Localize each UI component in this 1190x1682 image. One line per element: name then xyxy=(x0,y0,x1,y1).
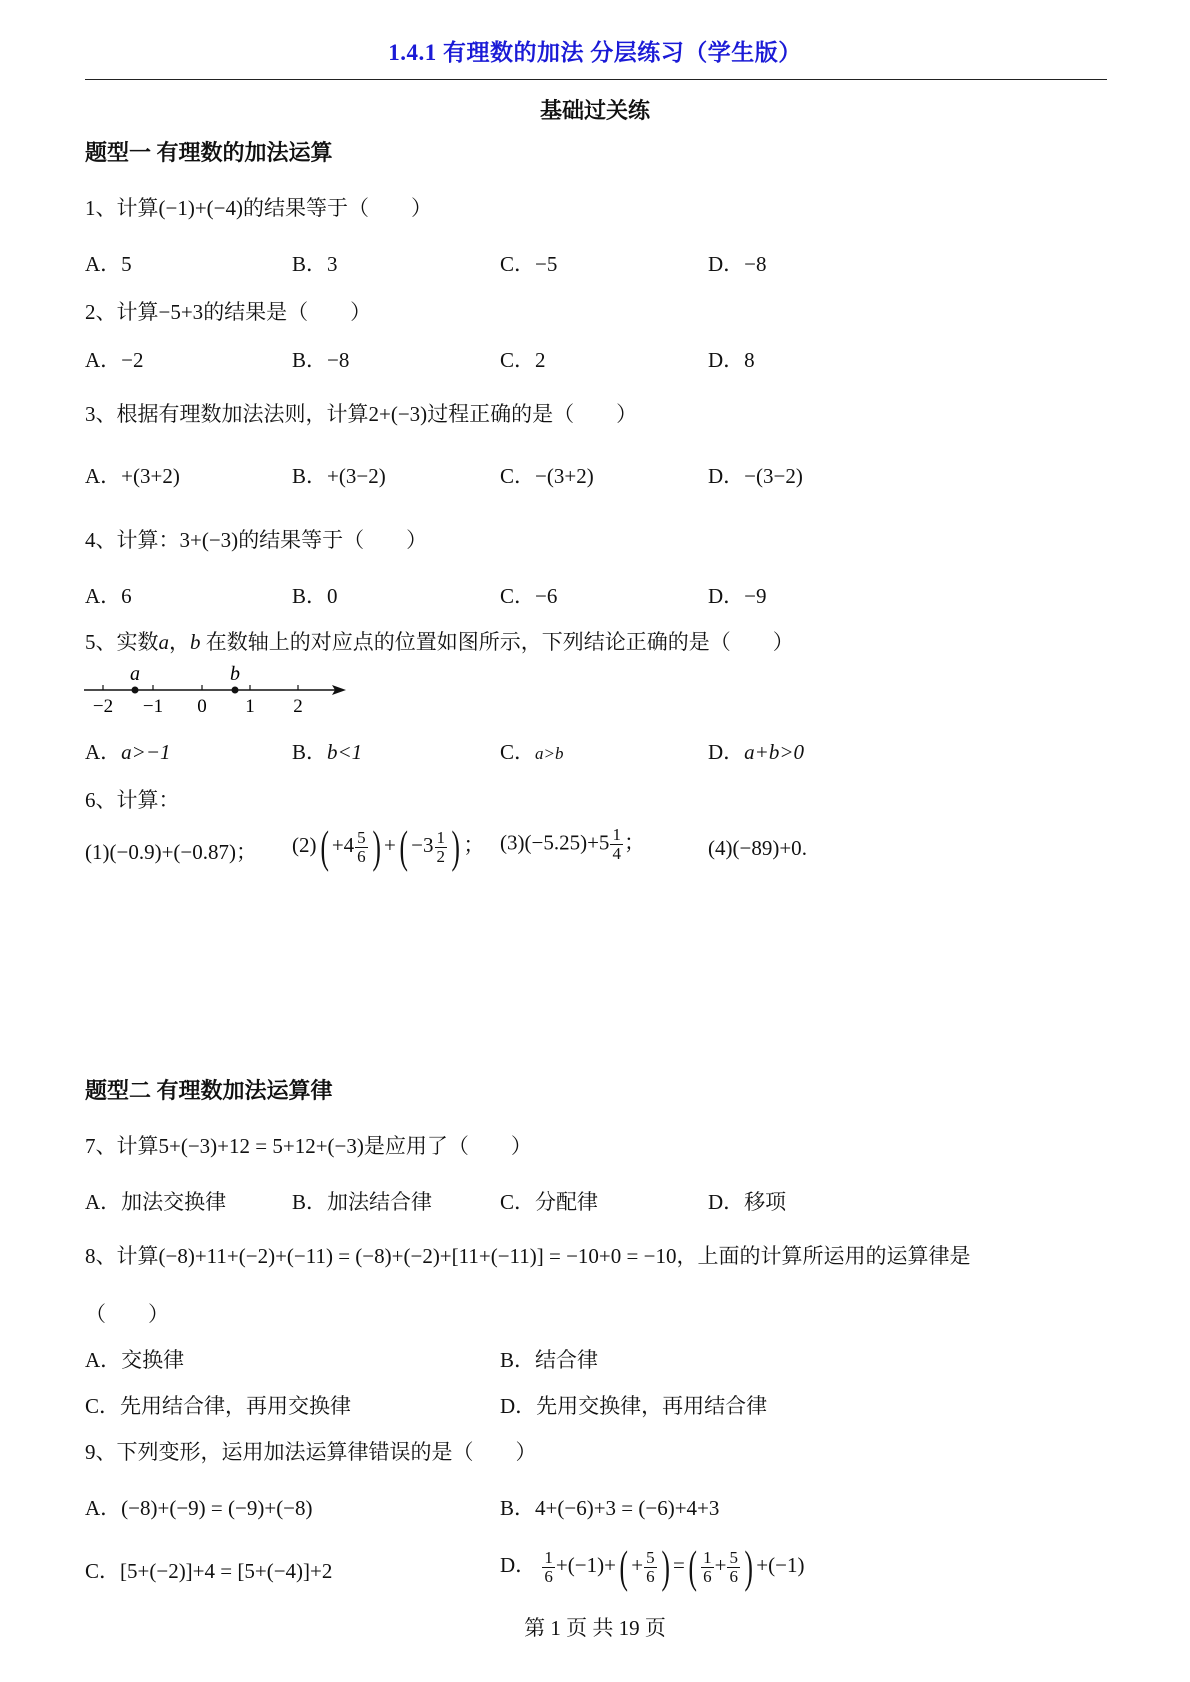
question-stem: 计算 xyxy=(117,300,159,324)
question-number: 3、 xyxy=(85,402,117,426)
question-number: 5、 xyxy=(85,630,117,654)
question-number: 7、 xyxy=(85,1134,117,1158)
option-label: C． xyxy=(500,1190,535,1214)
question-number: 9、 xyxy=(85,1440,117,1464)
option-a[interactable]: A．交换律 xyxy=(85,1344,184,1374)
part-label: (4) xyxy=(708,836,733,860)
tick-label: 0 xyxy=(197,696,207,717)
punct: ； xyxy=(624,830,645,854)
option-label: C． xyxy=(500,584,535,608)
comma: ， xyxy=(169,630,190,654)
denominator: 4 xyxy=(610,845,623,863)
numerator: 1 xyxy=(610,826,623,845)
option-text: −8 xyxy=(327,348,349,372)
question-5: 5、实数a，b 在数轴上的对应点的位置如图所示，下列结论正确的是（ ） xyxy=(85,626,794,656)
option-label: A． xyxy=(85,584,121,608)
option-label: D． xyxy=(708,252,744,276)
option-text: −(3−2) xyxy=(744,464,803,488)
math-expression: (−5.25)+5 xyxy=(525,830,610,854)
part-label: (3) xyxy=(500,830,525,854)
numerator: 5 xyxy=(727,1549,740,1568)
point-b-label: b xyxy=(230,663,240,685)
option-d[interactable]: D．a+b>0 xyxy=(708,736,804,766)
question-4: 4、计算：3+(−3)的结果等于（ ） xyxy=(85,524,427,554)
part-label: (1) xyxy=(85,840,110,864)
question-7: 7、计算5+(−3)+12 = 5+12+(−3)是应用了（ ） xyxy=(85,1130,532,1160)
fraction: 16 xyxy=(542,1549,555,1586)
option-c[interactable]: C．−(3+2) xyxy=(500,460,594,490)
option-a[interactable]: A．5 xyxy=(85,248,132,278)
option-label: B． xyxy=(500,1348,535,1372)
option-text: 2 xyxy=(535,348,546,372)
question-number: 4、 xyxy=(85,528,117,552)
option-label: A． xyxy=(85,252,121,276)
question-number: 2、 xyxy=(85,300,117,324)
fraction: 56 xyxy=(355,829,368,866)
document-title: 1.4.1 有理数的加法 分层练习（学生版） xyxy=(0,34,1190,67)
option-label: C． xyxy=(500,252,535,276)
denominator: 2 xyxy=(435,848,448,866)
option-label: A． xyxy=(85,740,121,764)
question-1: 1、计算(−1)+(−4)的结果等于（ ） xyxy=(85,192,432,222)
q6-part-1: (1)(−0.9)+(−0.87)； xyxy=(85,836,257,866)
option-a[interactable]: A．加法交换律 xyxy=(85,1186,226,1216)
denominator: 6 xyxy=(701,1568,714,1586)
option-text: 5 xyxy=(121,252,132,276)
option-text: 先用结合律，再用交换律 xyxy=(120,1394,351,1418)
math-expression: (−8)+11+(−2)+(−11) = (−8)+(−2)+[11+(−11)… xyxy=(159,1244,677,1268)
option-text: 加法结合律 xyxy=(327,1190,432,1214)
option-label: D． xyxy=(708,1190,744,1214)
question-stem-suffix: 是应用了（ ） xyxy=(364,1134,532,1158)
operator: = xyxy=(673,1553,685,1577)
numerator: 1 xyxy=(542,1549,555,1568)
option-label: A． xyxy=(85,1496,121,1520)
paren: ( xyxy=(399,820,407,873)
point-b-dot xyxy=(232,687,239,694)
point-a-dot xyxy=(132,687,139,694)
option-b[interactable]: B．结合律 xyxy=(500,1344,598,1374)
q6-part-3: (3)(−5.25)+514； xyxy=(500,826,645,863)
paren: ( xyxy=(688,1540,696,1593)
option-label: C． xyxy=(85,1559,120,1583)
denominator: 6 xyxy=(727,1568,740,1586)
option-d[interactable]: D．−9 xyxy=(708,580,767,610)
option-label: A． xyxy=(85,464,121,488)
option-text: 4+(−6)+3 = (−6)+4+3 xyxy=(535,1496,719,1520)
option-text: a+b>0 xyxy=(744,740,804,764)
punct: ； xyxy=(236,840,257,864)
point-a-label: a xyxy=(130,663,140,685)
question-stem: 实数 xyxy=(117,630,159,654)
fraction: 56 xyxy=(644,1549,657,1586)
option-text: 6 xyxy=(121,584,132,608)
question-stem-suffix: 的结果等于（ ） xyxy=(238,528,427,552)
paren: ( xyxy=(320,820,328,873)
operator: + xyxy=(384,833,396,857)
option-text: −(3+2) xyxy=(535,464,594,488)
variable-b: b xyxy=(190,630,201,654)
option-b[interactable]: B．0 xyxy=(292,580,338,610)
option-label: A． xyxy=(85,1190,121,1214)
option-b[interactable]: B．b<1 xyxy=(292,736,362,766)
option-d[interactable]: D． 16+(−1)+(+56)=(16+56)+(−1) xyxy=(500,1540,804,1593)
math-expression: −5+3 xyxy=(159,300,204,324)
math-expression: (−0.9)+(−0.87) xyxy=(110,840,237,864)
option-c[interactable]: C．[5+(−2)]+4 = [5+(−4)]+2 xyxy=(85,1555,332,1585)
tick-label: 1 xyxy=(245,696,255,717)
option-c[interactable]: C．−6 xyxy=(500,580,557,610)
option-label: D． xyxy=(708,740,744,764)
option-text: +(3−2) xyxy=(327,464,386,488)
option-a[interactable]: A．6 xyxy=(85,580,132,610)
fraction: 56 xyxy=(727,1549,740,1586)
option-d[interactable]: D．−(3−2) xyxy=(708,460,803,490)
option-b[interactable]: B．4+(−6)+3 = (−6)+4+3 xyxy=(500,1492,719,1522)
question-stem: 计算 xyxy=(117,1134,159,1158)
question-8: 8、计算(−8)+11+(−2)+(−11) = (−8)+(−2)+[11+(… xyxy=(85,1240,970,1270)
option-text: −9 xyxy=(744,584,766,608)
option-c[interactable]: C．a>b xyxy=(500,736,564,766)
option-text: 3 xyxy=(327,252,338,276)
option-label: D． xyxy=(708,464,744,488)
section-group-title: 基础过关练 xyxy=(0,94,1190,125)
option-b[interactable]: B．+(3−2) xyxy=(292,460,386,490)
option-text: +(3+2) xyxy=(121,464,180,488)
question-stem: 计算 xyxy=(117,196,159,220)
fraction: 16 xyxy=(701,1549,714,1586)
option-text: −2 xyxy=(121,348,143,372)
denominator: 6 xyxy=(644,1568,657,1586)
option-label: B． xyxy=(292,1190,327,1214)
question-2: 2、计算−5+3的结果是（ ） xyxy=(85,296,371,326)
option-label: C． xyxy=(500,348,535,372)
math-expression: −3 xyxy=(411,833,433,857)
option-a[interactable]: A．a>−1 xyxy=(85,736,171,766)
question-9: 9、下列变形，运用加法运算律错误的是（ ） xyxy=(85,1436,537,1466)
math-expression: 3+(−3) xyxy=(180,528,239,552)
question-6: 6、计算： xyxy=(85,784,180,814)
question-stem-suffix: 在数轴上的对应点的位置如图所示，下列结论正确的是（ ） xyxy=(206,630,794,654)
section-heading-1: 题型一 有理数的加法运算 xyxy=(85,136,333,167)
math-expression: (−89)+0 xyxy=(733,836,802,860)
option-label: C． xyxy=(85,1394,120,1418)
option-a[interactable]: A．(−8)+(−9) = (−9)+(−8) xyxy=(85,1492,313,1522)
option-label: D． xyxy=(708,584,744,608)
answer-blank: （ ） xyxy=(85,1298,169,1328)
question-stem-suffix: 的结果是（ ） xyxy=(203,300,371,324)
option-c[interactable]: C．2 xyxy=(500,344,546,374)
q6-part-4: (4)(−89)+0. xyxy=(708,836,807,861)
fraction: 14 xyxy=(610,826,623,863)
q6-part-2: (2)(+456)+(−312)； xyxy=(292,820,484,873)
numerator: 5 xyxy=(355,829,368,848)
number-line-diagram: −2 −1 0 1 2 a b xyxy=(80,660,370,720)
option-label: B． xyxy=(292,584,327,608)
option-d[interactable]: D．8 xyxy=(708,344,755,374)
math-expression: (−1)+(−4) xyxy=(159,196,244,220)
option-b[interactable]: B．3 xyxy=(292,248,338,278)
punct: . xyxy=(802,836,807,860)
question-3: 3、根据有理数加法法则，计算2+(−3)过程正确的是（ ） xyxy=(85,398,637,428)
option-label: C． xyxy=(500,464,535,488)
math-expression: 5+(−3)+12 = 5+12+(−3) xyxy=(159,1134,364,1158)
option-text: −5 xyxy=(535,252,557,276)
header-divider xyxy=(85,79,1107,80)
option-c[interactable]: C．−5 xyxy=(500,248,557,278)
option-label: D． xyxy=(500,1394,536,1418)
tick-label: −2 xyxy=(93,696,113,717)
option-c[interactable]: C．分配律 xyxy=(500,1186,598,1216)
paren: ( xyxy=(619,1540,627,1593)
option-text: 交换律 xyxy=(121,1348,184,1372)
question-stem-suffix: ，上面的计算所运用的运算律是 xyxy=(676,1244,970,1268)
option-text: 加法交换律 xyxy=(121,1190,226,1214)
option-text: −6 xyxy=(535,584,557,608)
question-stem: 计算 xyxy=(117,1244,159,1268)
option-text: b<1 xyxy=(327,740,362,764)
option-text: 移项 xyxy=(744,1190,786,1214)
option-b[interactable]: B．加法结合律 xyxy=(292,1186,432,1216)
option-d[interactable]: D．移项 xyxy=(708,1186,786,1216)
option-text: 先用交换律，再用结合律 xyxy=(536,1394,767,1418)
numerator: 5 xyxy=(644,1549,657,1568)
question-stem-suffix: 过程正确的是（ ） xyxy=(427,402,637,426)
option-text: [5+(−2)]+4 = [5+(−4)]+2 xyxy=(120,1559,332,1583)
question-stem: 下列变形，运用加法运算律错误的是（ ） xyxy=(117,1440,537,1464)
option-text: −8 xyxy=(744,252,766,276)
section-heading-2: 题型二 有理数加法运算律 xyxy=(85,1074,333,1105)
fraction: 12 xyxy=(435,829,448,866)
option-text: 分配律 xyxy=(535,1190,598,1214)
option-b[interactable]: B．−8 xyxy=(292,344,349,374)
option-text: 8 xyxy=(744,348,755,372)
option-text: a>−1 xyxy=(121,740,170,764)
variable-a: a xyxy=(159,630,170,654)
math-expression: +4 xyxy=(332,833,354,857)
option-label: B． xyxy=(292,740,327,764)
question-number: 1、 xyxy=(85,196,117,220)
option-c[interactable]: C．先用结合律，再用交换律 xyxy=(85,1390,351,1420)
paren: ) xyxy=(661,1540,669,1593)
option-label: B． xyxy=(292,252,327,276)
question-number: 8、 xyxy=(85,1244,117,1268)
option-a[interactable]: A．−2 xyxy=(85,344,144,374)
numerator: 1 xyxy=(435,829,448,848)
paren: ) xyxy=(372,820,380,873)
paren: ) xyxy=(744,1540,752,1593)
question-stem: 根据有理数加法法则，计算 xyxy=(117,402,369,426)
question-stem: 计算： xyxy=(117,528,180,552)
option-d[interactable]: D．先用交换律，再用结合律 xyxy=(500,1390,767,1420)
option-label: B． xyxy=(500,1496,535,1520)
question-stem: 计算： xyxy=(117,788,180,812)
math-expression: +(−1) xyxy=(756,1553,804,1577)
option-text: a>b xyxy=(535,744,563,763)
option-label: C． xyxy=(500,740,535,764)
denominator: 6 xyxy=(355,848,368,866)
option-a[interactable]: A．+(3+2) xyxy=(85,460,180,490)
numerator: 1 xyxy=(701,1549,714,1568)
part-label: (2) xyxy=(292,833,317,857)
option-text: 结合律 xyxy=(535,1348,598,1372)
math-expression: 2+(−3) xyxy=(369,402,428,426)
option-text: 0 xyxy=(327,584,338,608)
punct: ； xyxy=(463,833,484,857)
paren: ) xyxy=(451,820,459,873)
page-number: 第 1 页 共 19 页 xyxy=(0,1612,1190,1642)
option-text: (−8)+(−9) = (−9)+(−8) xyxy=(121,1496,312,1520)
question-number: 6、 xyxy=(85,788,117,812)
option-label: D． xyxy=(500,1553,536,1577)
option-label: A． xyxy=(85,1348,121,1372)
option-label: D． xyxy=(708,348,744,372)
tick-label: 2 xyxy=(293,696,303,717)
question-stem-suffix: 的结果等于（ ） xyxy=(243,196,432,220)
option-d[interactable]: D．−8 xyxy=(708,248,767,278)
option-label: B． xyxy=(292,464,327,488)
tick-label: −1 xyxy=(143,696,163,717)
denominator: 6 xyxy=(542,1568,555,1586)
option-label: B． xyxy=(292,348,327,372)
math-expression: +(−1)+ xyxy=(556,1553,616,1577)
option-label: A． xyxy=(85,348,121,372)
